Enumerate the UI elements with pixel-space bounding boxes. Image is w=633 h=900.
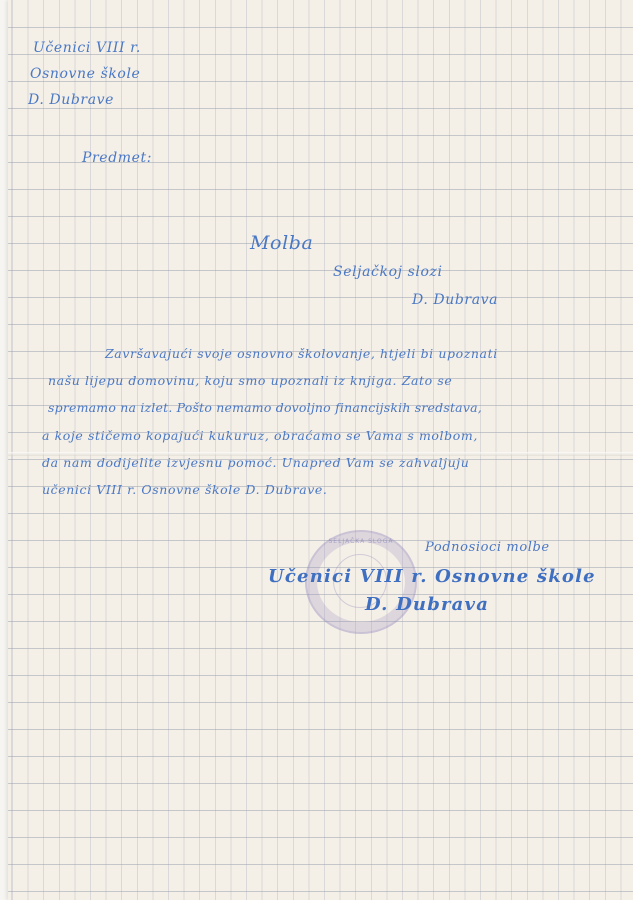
letter-title: Molba (250, 232, 313, 254)
body-line-5: da nam dodijelite izvjesnu pomoć. Unapre… (42, 455, 469, 470)
body-line-1: Završavajući svoje osnovno školovanje, h… (105, 346, 498, 361)
body-line-4: a koje stičemo kopajući kukuruz, obraćam… (42, 428, 478, 443)
sender-line-3: D. Dubrave (28, 92, 114, 108)
sender-line-2: Osnovne škole (30, 66, 140, 82)
signature-line-1: Učenici VIII r. Osnovne škole (268, 566, 596, 587)
subject-label: Predmet: (82, 150, 152, 166)
recipient-line-2: D. Dubrava (412, 292, 498, 308)
grid-paper-sheet (8, 0, 633, 900)
body-line-3: spremamo na izlet. Pošto nemamo dovoljno… (48, 400, 482, 415)
sender-line-1: Učenici VIII r. (33, 40, 141, 56)
body-line-2: našu lijepu domovinu, koju smo upoznali … (48, 373, 452, 388)
closing-label: Podnosioci molbe (425, 540, 550, 555)
signature-line-2: D. Dubrava (365, 594, 489, 615)
recipient-line-1: Seljačkoj slozi (333, 264, 443, 280)
scan-margin (0, 0, 8, 900)
stamp-text: SELJAČKA SLOGA (307, 538, 415, 545)
body-line-6: učenici VIII r. Osnovne škole D. Dubrave… (42, 482, 328, 497)
